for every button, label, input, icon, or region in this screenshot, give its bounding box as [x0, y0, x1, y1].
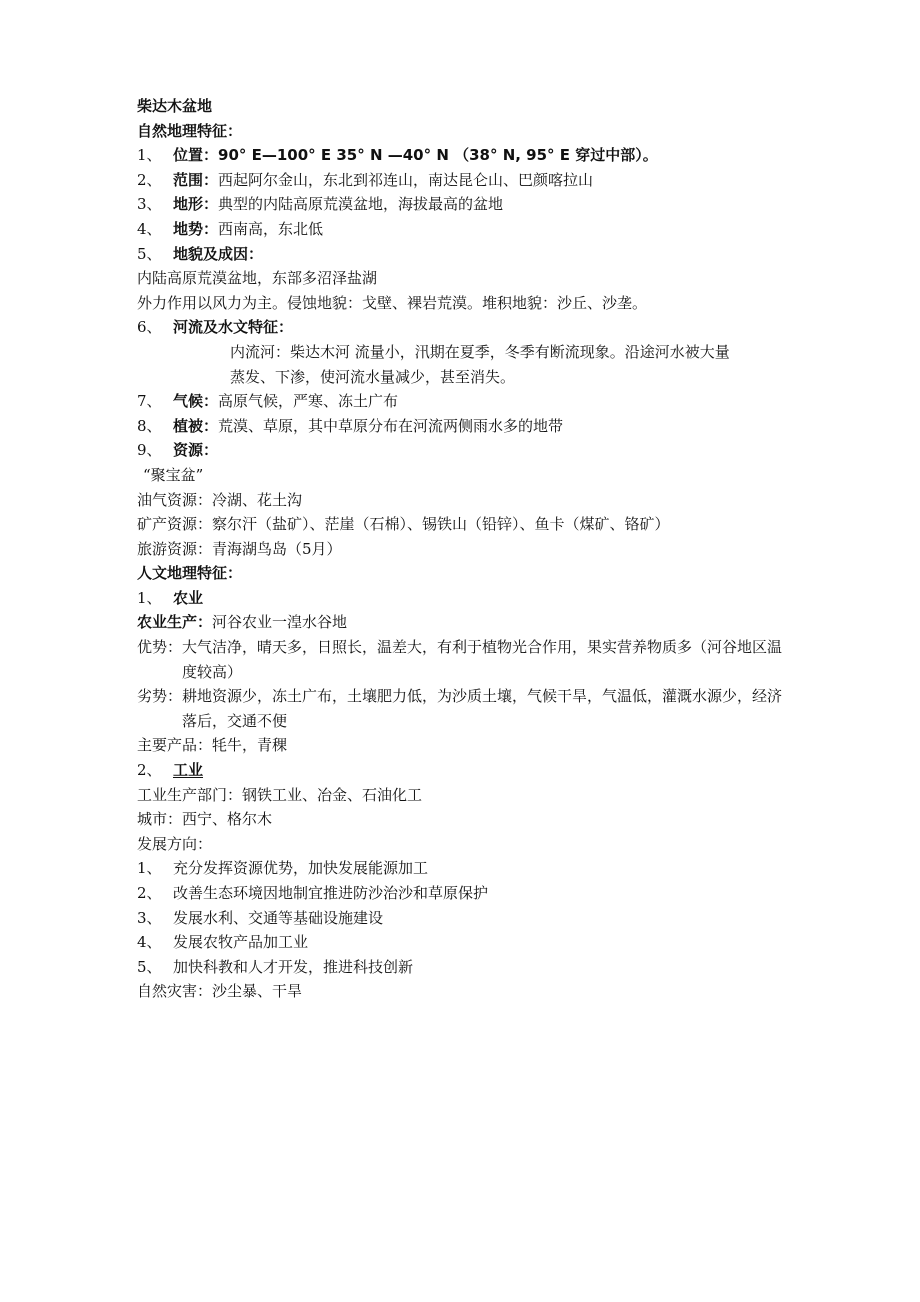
- document-title: 柴达木盆地: [137, 94, 787, 119]
- river-line: 内流河：柴达木河 流量小，汛期在夏季，冬季有断流现象。沿途河水被大量: [137, 340, 787, 365]
- resource-line: 矿产资源：察尔汗（盐矿）、茫崖（石棉）、锡铁山（铅锌）、鱼卡（煤矿、铬矿）: [137, 512, 787, 537]
- subsection-agriculture: 1、农业: [137, 586, 787, 611]
- development-item: 3、发展水利、交通等基础设施建设: [137, 906, 787, 931]
- subsection-industry: 2、工业: [137, 758, 787, 783]
- section-heading-physical: 自然地理特征：: [137, 119, 787, 144]
- list-item-location: 1、位置：90° E—100° E 35° N —40° N （38° N, 9…: [137, 143, 787, 168]
- natural-disasters: 自然灾害：沙尘暴、干旱: [137, 979, 787, 1004]
- development-item: 5、加快科教和人才开发，推进科技创新: [137, 955, 787, 980]
- list-item-landform: 5、地貌及成因：: [137, 242, 787, 267]
- document-page: 柴达木盆地 自然地理特征： 1、位置：90° E—100° E 35° N —4…: [137, 94, 787, 1004]
- list-item-range: 2、范围：西起阿尔金山，东北到祁连山，南达昆仑山、巴颜喀拉山: [137, 168, 787, 193]
- list-item-resources: 9、资源：: [137, 438, 787, 463]
- development-heading: 发展方向：: [137, 832, 787, 857]
- section-heading-human: 人文地理特征：: [137, 561, 787, 586]
- development-item: 4、发展农牧产品加工业: [137, 930, 787, 955]
- landform-line: 外力作用以风力为主。侵蚀地貌：戈壁、裸岩荒漠。堆积地貌：沙丘、沙垄。: [137, 291, 787, 316]
- industry-sectors: 工业生产部门：钢铁工业、冶金、石油化工: [137, 783, 787, 808]
- agriculture-production: 农业生产：河谷农业一湟水谷地: [137, 610, 787, 635]
- list-item-terrain: 3、地形：典型的内陆高原荒漠盆地，海拔最高的盆地: [137, 192, 787, 217]
- list-item-river: 6、河流及水文特征：: [137, 315, 787, 340]
- resource-line: 旅游资源：青海湖鸟岛（5月）: [137, 537, 787, 562]
- list-item-climate: 7、气候：高原气候，严寒、冻土广布: [137, 389, 787, 414]
- list-item-elevation-trend: 4、地势：西南高，东北低: [137, 217, 787, 242]
- resources-nickname: “聚宝盆”: [137, 463, 787, 488]
- agriculture-products: 主要产品：牦牛，青稞: [137, 733, 787, 758]
- agriculture-advantages: 优势：大气洁净，晴天多，日照长，温差大，有利于植物光合作用，果实营养物质多（河谷…: [137, 635, 787, 684]
- agriculture-disadvantages: 劣势：耕地资源少，冻土广布，土壤肥力低，为沙质土壤，气候干旱，气温低，灌溉水源少…: [137, 684, 787, 733]
- landform-line: 内陆高原荒漠盆地，东部多沼泽盐湖: [137, 266, 787, 291]
- industry-cities: 城市：西宁、格尔木: [137, 807, 787, 832]
- development-item: 2、改善生态环境因地制宜推进防沙治沙和草原保护: [137, 881, 787, 906]
- resource-line: 油气资源：冷湖、花土沟: [137, 488, 787, 513]
- development-item: 1、充分发挥资源优势，加快发展能源加工: [137, 856, 787, 881]
- river-line: 蒸发、下渗，使河流水量减少，甚至消失。: [137, 365, 787, 390]
- list-item-vegetation: 8、植被：荒漠、草原，其中草原分布在河流两侧雨水多的地带: [137, 414, 787, 439]
